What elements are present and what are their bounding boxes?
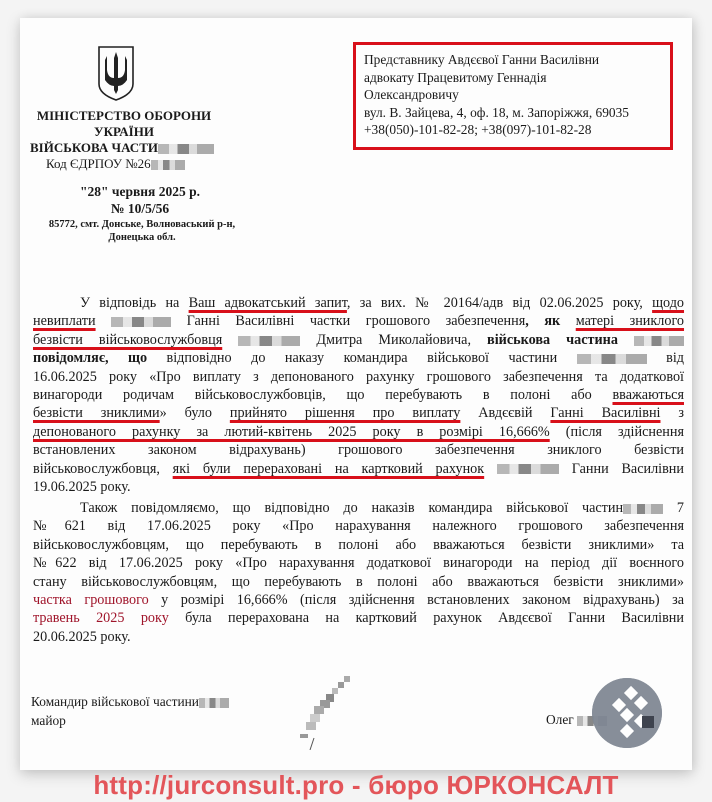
signatory-rank: майор (31, 711, 229, 730)
text-line: 20.06.2025 року. (33, 628, 684, 646)
redacted-unit-number (577, 354, 647, 364)
text-line: депонованого рахунку за лютий-квітень 20… (33, 423, 684, 441)
edrpou-code: Код ЄДРПОУ №26 (46, 156, 185, 172)
text-line: №621 від 17.06.2025 року «Про нарахуванн… (33, 517, 684, 535)
redacted-unit-number (199, 698, 229, 708)
text-line: військовослужбовця, які були перерахован… (33, 460, 684, 478)
recipient-line: Представнику Авдєєвої Ганни Василівни (364, 51, 662, 69)
text-line: Також повідомляємо, що відповідно до нак… (33, 499, 684, 517)
redacted-surname (497, 464, 559, 474)
signatory-position: Командир військової частини (31, 694, 199, 709)
redacted-unit-number (634, 336, 684, 346)
text-line: травень 2025 року була перерахована на к… (33, 609, 684, 627)
text-line: встановлених законом відрахувань) грошов… (33, 441, 684, 459)
redacted-surname (238, 336, 300, 346)
unit-label-text: ВІЙСЬКОВА ЧАСТИ (30, 140, 158, 155)
redacted-unit-number (623, 504, 663, 514)
text-line: У відповідь на Ваш адвокатський запит, з… (33, 294, 684, 312)
body-paragraph-1: У відповідь на Ваш адвокатський запит, з… (33, 294, 684, 496)
trident-coat-of-arms-icon (96, 44, 136, 102)
ministry-title-line1: МІНІСТЕРСТВО ОБОРОНИ (24, 108, 224, 124)
watermark-link: http://jurconsult.pro - бюро ЮРКОНСАЛТ (0, 770, 712, 801)
text-line: військовослужбовцям, що перебувають в по… (33, 536, 684, 554)
text-line: стану військовослужбовцям, що перебувают… (33, 573, 684, 591)
recipient-phones: +38(050)-101-82-28; +38(097)-101-82-28 (364, 121, 662, 139)
text-line: невиплати Ганні Василівні частки грошово… (33, 312, 684, 330)
letter-date: "28" червня 2025 р. (40, 184, 240, 200)
redacted-edrpou (151, 160, 185, 170)
text-line: безвісти військовослужбовця Дмитра Микол… (33, 331, 684, 349)
recipient-address: вул. В. Зайцева, 4, оф. 18, м. Запоріжжя… (364, 104, 662, 122)
text-line: 19.06.2025 року. (33, 478, 684, 496)
ministry-title-line2: УКРАЇНИ (24, 124, 224, 140)
military-unit-label: ВІЙСЬКОВА ЧАСТИ (30, 140, 250, 156)
letter-number: № 10/5/56 (40, 201, 240, 217)
text-line: 16.06.2025 року «Про виплату з депонован… (33, 368, 684, 386)
highlight-request: Ваш адвокатський запит (189, 295, 347, 311)
sender-address: 85772, смт. Донське, Волноваський р-н, Д… (22, 218, 262, 244)
recipient-line: Олександровичу (364, 86, 662, 104)
text-line: повідомляє, що відповідно до наказу кома… (33, 349, 684, 367)
text-line: винагороди родичам військовослужбовців, … (33, 386, 684, 404)
redaction-stamp-icon (592, 678, 662, 748)
sender-address-line1: 85772, смт. Донське, Волноваський р-н, (22, 218, 262, 231)
body-paragraph-2: Також повідомляємо, що відповідно до нак… (33, 499, 684, 646)
sender-address-line2: Донецька обл. (22, 231, 262, 244)
text-line: частка грошового у розмірі 16,666% (післ… (33, 591, 684, 609)
recipient-block: Представнику Авдєєвої Ганни Василівни ад… (353, 42, 673, 150)
text-line: безвісти зниклими» було прийнято рішення… (33, 404, 684, 422)
recipient-line: адвокату Працевитому Геннадія (364, 69, 662, 87)
redacted-surname (111, 317, 171, 327)
text-line: №622 від 17.06.2025 року «Про нарахуванн… (33, 554, 684, 572)
redacted-unit-number (158, 144, 214, 154)
edrpou-label: Код ЄДРПОУ №26 (46, 156, 151, 171)
redacted-signature-icon (292, 672, 362, 750)
signatory-title: Командир військової частини майор (31, 692, 229, 730)
